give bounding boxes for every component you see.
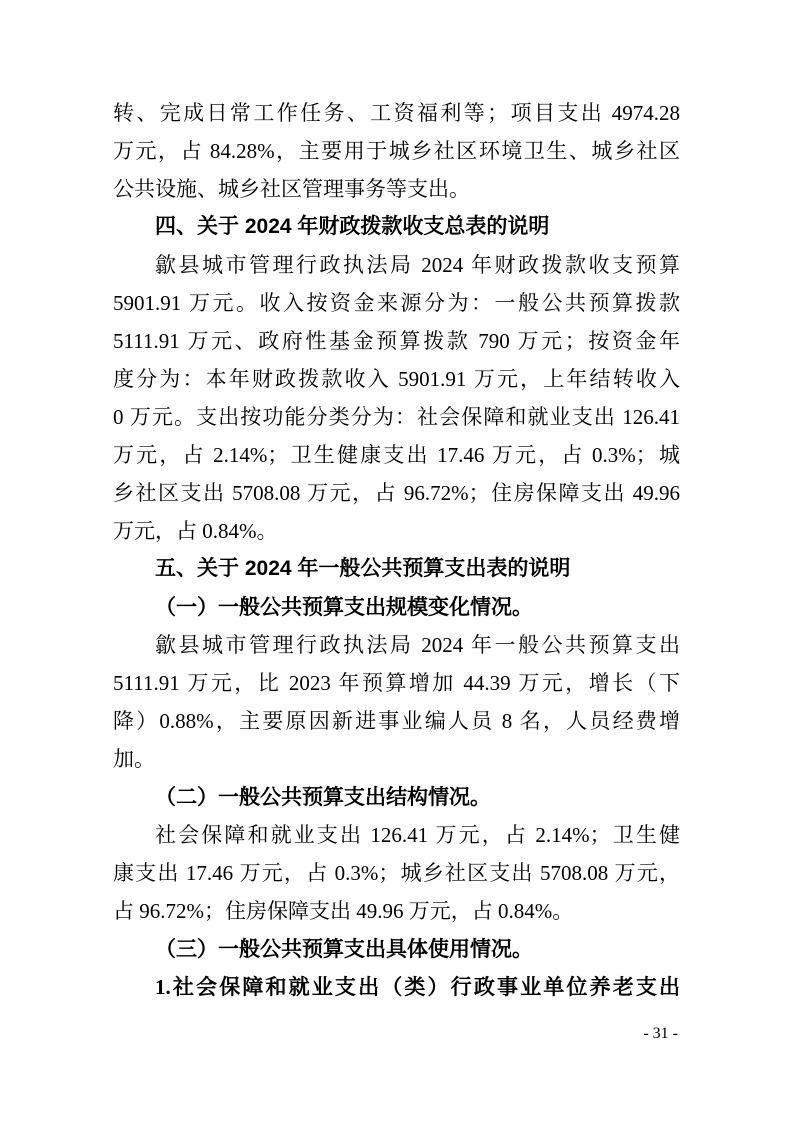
- section-heading: 四、关于 2024 年财政拨款收支总表的说明: [113, 208, 680, 246]
- body-line: 占 96.72%；住房保障支出 49.96 万元，占 0.84%。: [113, 892, 680, 930]
- page-number: - 31 -: [643, 1024, 678, 1044]
- body-line: 万元，占 0.84%。: [113, 512, 680, 550]
- body-line: 5111.91 万元、政府性基金预算拨款 790 万元；按资金年: [113, 322, 680, 360]
- body-line: 度分为：本年财政拨款收入 5901.91 万元，上年结转收入: [113, 360, 680, 398]
- body-line: 转、完成日常工作任务、工资福利等；项目支出 4974.28: [113, 94, 680, 132]
- section-heading: 五、关于 2024 年一般公共预算支出表的说明: [113, 550, 680, 588]
- body-line: 万元，占 2.14%；卫生健康支出 17.46 万元，占 0.3%；城: [113, 436, 680, 474]
- body-line: 乡社区支出 5708.08 万元，占 96.72%；住房保障支出 49.96: [113, 474, 680, 512]
- body-line: 加。: [113, 740, 680, 778]
- document-page: 转、完成日常工作任务、工资福利等；项目支出 4974.28 万元，占 84.28…: [0, 0, 794, 1122]
- document-body: 转、完成日常工作任务、工资福利等；项目支出 4974.28 万元，占 84.28…: [113, 94, 680, 1006]
- sub-heading: （一）一般公共预算支出规模变化情况。: [113, 588, 680, 626]
- body-line: 社会保障和就业支出 126.41 万元，占 2.14%；卫生健: [113, 816, 680, 854]
- body-line: 5111.91 万元，比 2023 年预算增加 44.39 万元，增长（下: [113, 664, 680, 702]
- body-line: 0 万元。支出按功能分类分为：社会保障和就业支出 126.41: [113, 398, 680, 436]
- body-line: 万元，占 84.28%，主要用于城乡社区环境卫生、城乡社区: [113, 132, 680, 170]
- body-line: 康支出 17.46 万元，占 0.3%；城乡社区支出 5708.08 万元，: [113, 854, 680, 892]
- sub-heading: （三）一般公共预算支出具体使用情况。: [113, 930, 680, 968]
- body-line: 公共设施、城乡社区管理事务等支出。: [113, 170, 680, 208]
- body-line: 降）0.88%，主要原因新进事业编人员 8 名，人员经费增: [113, 702, 680, 740]
- body-line: 5901.91 万元。收入按资金来源分为：一般公共预算拨款: [113, 284, 680, 322]
- body-line: 歙县城市管理行政执法局 2024 年一般公共预算支出: [113, 626, 680, 664]
- sub-heading: 1.社会保障和就业支出（类）行政事业单位养老支出: [113, 968, 680, 1006]
- body-line: 歙县城市管理行政执法局 2024 年财政拨款收支预算: [113, 246, 680, 284]
- sub-heading: （二）一般公共预算支出结构情况。: [113, 778, 680, 816]
